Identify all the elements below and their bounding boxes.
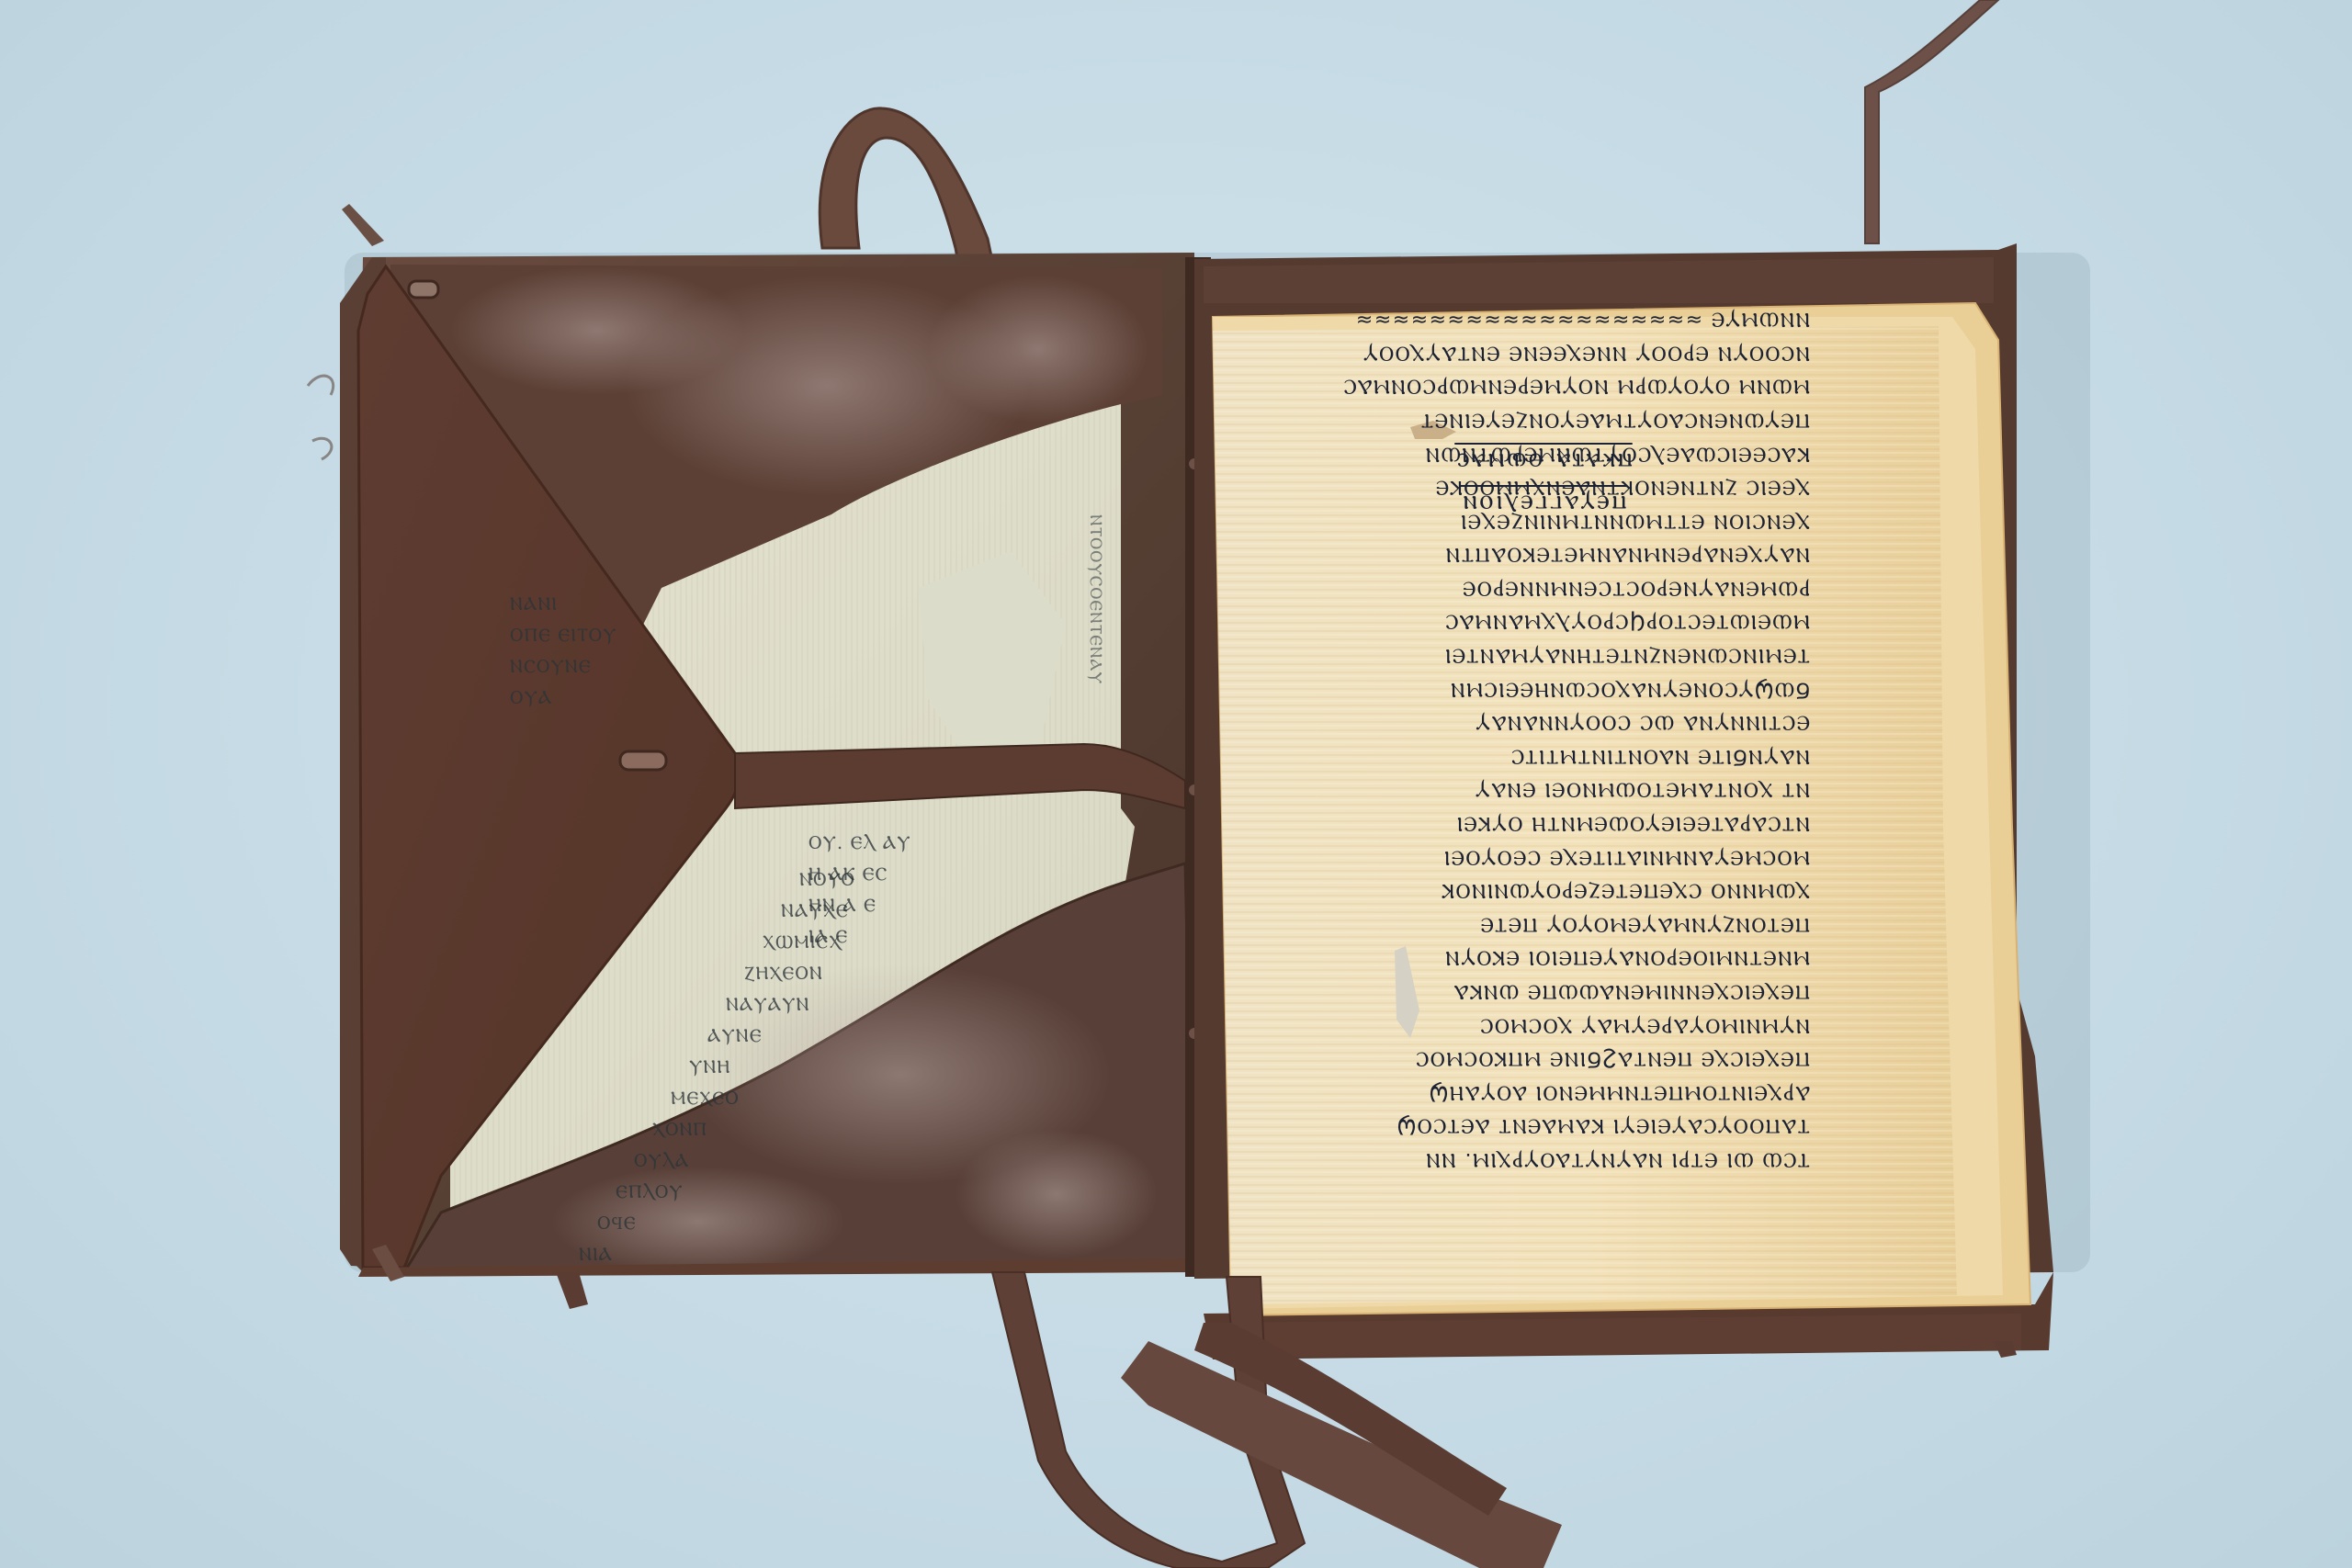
- corner-tie-bottom: [556, 1272, 588, 1309]
- text-line: ⲀⲢⲬⲈⲒⲚⲦⲞⲘⲠⲈⲦⲚⲘⲘⲈⲚⲞⲒ ⲀⲞⲨⲀⲎϢ: [1268, 1075, 1810, 1109]
- fragment-line: ⲈⲠⲖⲞⲨ: [616, 1176, 855, 1207]
- fragment-line: ⲞⲨⲀ: [510, 682, 617, 713]
- text-line: ⲚⲨⲘⲚⲒⲘⲞⲨⲀⲢⲈⲨⲘⲀⲨ ⲬⲞⲤⲘⲞⲤ: [1268, 1008, 1810, 1042]
- text-line: ⲘⲰⲚⲘ ⲞⲨⲞⲨⲰⲢⲘ ⲚⲞⲨⲘⲈⲢⲈⲚⲘⲰⲢⲤⲞⲚⲘⲀⲤ: [1268, 369, 1810, 403]
- text-line: ⲘⲞⲤⲘⲈⲨⲀⲚⲘⲚⲒⲀⲦⲒⲦⲈⲬⲈ ⲤⲈⲞⲨⲞⲈⲒ: [1268, 840, 1810, 874]
- text-line: ⲚⲦⲤⲀⲢⲀⲦⲈⲈⲒⲈⲨⲞⲰⲈⲘⲚⲦⲎ ⲞⲨⲔⲈⲒ: [1268, 806, 1810, 840]
- fragment-line: ⲚⲒⲀ: [579, 1238, 855, 1269]
- codex-illustration: [0, 0, 2352, 1568]
- text-line: ⲬⲰⲘⲚⲚⲞ ⲤⲬⲈⲠⲈⲦⲈⲌⲈⲢⲞⲨⲰⲚⲒⲚⲞⲔ: [1268, 874, 1810, 908]
- fragment-line: ⲚⲞⲨⲞ: [799, 863, 855, 895]
- left-fragment-upper: ⲚⲀⲚⲒ ⲞⲠⲈ ⲈⲒⲦⲞⲨ ⲚⲤⲞⲨⲚⲈ ⲞⲨⲀ: [510, 588, 617, 713]
- left-fragment-margin: ⲚⲦⲞⲞⲨⲤⲞⲈⲚⲦⲈⲚⲀⲨ: [1080, 514, 1111, 684]
- gospel-title: ⲡⲉⲩⲁⲅⲅⲉⲗⲓⲟⲛ: [1268, 483, 1819, 525]
- text-line: ⲦⲈⲘⲒⲚⲤⲰⲚⲈⲚⲌⲚⲦⲈⲦⲎⲚⲀⲨⲘⲀⲚⲦⲈⲒ: [1268, 638, 1810, 672]
- text-line: ⲚⲀⲨⲬⲈⲚⲀⲢⲈⲚⲘⲚⲀⲚⲘⲈⲦⲈⲔⲞⲀⲠⲦⲚ: [1268, 537, 1810, 571]
- right-page-text: ⲦⲤⲰ ⲰⲒ ⲈⲦⲢⲒ ⲚⲀⲨⲚⲨⲦⲀⲞⲨⲢⲬⲒⲘ. ⲚⲚ ⲦⲀⲠⲞⲞⲨⲤⲀⲨⲈ…: [1268, 441, 1819, 1176]
- scuff-mark: [928, 276, 1148, 423]
- fragment-line: ⲬⲞⲚⲠ: [652, 1113, 855, 1145]
- fragment-line: ⲌⲎⲬⲈⲞⲚ: [744, 957, 855, 988]
- text-line: ⲦⲀⲠⲞⲞⲨⲤⲀⲨⲈⲒⲈⲨⲒ ⲔⲀⲘⲀⲈⲚⲦ ⲀⲈⲦⲤⲞϢ: [1268, 1109, 1810, 1143]
- embossed-decoration-icon: [308, 376, 334, 459]
- fragment-line: ⲞϤⲈ: [597, 1207, 855, 1238]
- right-page-body: ⲦⲤⲰ ⲰⲒ ⲈⲦⲢⲒ ⲚⲀⲨⲚⲨⲦⲀⲞⲨⲢⲬⲒⲘ. ⲚⲚ ⲦⲀⲠⲞⲞⲨⲤⲀⲨⲈ…: [1268, 302, 1810, 1176]
- text-line: ⲢⲰⲘⲈⲚⲀⲨⲚⲈⲢⲞⲤⲦⲤⲈⲚⲘⲚⲚⲈⲢⲞⲈ: [1268, 570, 1810, 604]
- text-line: ⲘⲰⲈⲒⲰⲦⲈⲤⲦⲞⲢϤⲤⲢⲞⲨⲖⲬⲘⲀⲚⲘⲀⲤ: [1268, 604, 1810, 638]
- top-right-tie-strap[interactable]: [1865, 0, 1998, 243]
- left-fragment-diagonal: ⲚⲞⲨⲞ ⲚⲀⲨⲬⲈ ⲬⲰⲘⲒⲤⲬ ⲌⲎⲬⲈⲞⲚ ⲚⲀⲨⲀⲨⲚ ⲀⲨⲚⲈ ⲨⲚⲎ…: [588, 863, 855, 1269]
- fragment-line: ⲀⲨⲚⲈ: [707, 1020, 855, 1051]
- scuff-mark: [955, 1130, 1158, 1258]
- fragment-line: ⲚⲤⲞⲨⲚⲈ: [510, 650, 617, 682]
- fragment-line: ⲨⲚⲎ: [689, 1051, 855, 1082]
- text-line: ⲠⲈⲬⲈⲒⲤⲬⲈⲚⲚⲒⲘⲈⲚⲀⲰⲰⲠⲈ ⲰⲚⲔⲀ: [1268, 974, 1810, 1008]
- fragment-line: ⲚⲀⲨⲬⲈ: [781, 895, 855, 926]
- text-line: ⲚⲀⲨⲚϬⲒⲦⲈ ⲚⲀⲞⲚⲦⲒⲚⲦⲘⲦⲒⲦⲤ: [1268, 739, 1810, 773]
- flap-slot: [620, 751, 666, 770]
- text-line: ⲠⲈⲨⲰⲚⲈⲚⲤⲀⲞⲨⲦⲘⲀⲈⲨⲞⲚⲌⲈⲨⲈⲒⲚⲈⲦ: [1268, 402, 1810, 436]
- corner-tab: [342, 204, 384, 246]
- corner-slot: [409, 281, 438, 298]
- text-line: ⲚⲤⲞⲞⲨⲚ ⲈⲢⲞⲞⲨ ⲚⲚⲈⲬⲈⲈⲚⲈ ⲈⲚⲦⲀⲨⲬⲞⲞⲨ: [1268, 335, 1810, 369]
- scuff-mark: [450, 266, 744, 395]
- right-page-titles: ⲡⲉⲩⲁⲅⲅⲉⲗⲓⲟⲛ ⲡⲕⲁⲧⲁ ⲑⲱⲙⲁⲥ: [1268, 441, 1819, 525]
- fragment-line: ⲞⲠⲈ ⲈⲒⲦⲞⲨ: [510, 619, 617, 650]
- text-line: ⲠⲈⲦⲞⲚⲌⲨⲚⲘⲀⲨⲈⲘⲞⲨⲞⲨ ⲠⲈⲦⲈ: [1268, 907, 1810, 941]
- text-line: ⲈⲤⲦⲒⲚⲚⲨⲚⲀ ⲰⲤ ⲤⲞⲞⲨⲚⲚⲀⲚⲀⲨ: [1268, 705, 1810, 739]
- gospel-subtitle: ⲡⲕⲁⲧⲁ ⲑⲱⲙⲁⲥ: [1268, 441, 1819, 483]
- bottom-tie-strap[interactable]: [1121, 1341, 1562, 1568]
- fragment-line: ⲚⲀⲚⲒ: [510, 588, 617, 619]
- fragment-line: ⲞⲨⲖⲀ: [634, 1145, 855, 1176]
- fragment-line: ⲚⲀⲨⲀⲨⲚ: [726, 988, 855, 1020]
- text-line: ⲘⲚⲈⲦⲚⲘⲒⲞⲈⲢⲞⲚⲀⲨⲈⲠⲈⲒⲞⲒ ⲈⲔⲞⲨⲚ: [1268, 941, 1810, 975]
- fragment-line: ⲞⲨ. ⲈⲖ ⲀⲨ: [808, 827, 911, 858]
- fragment-line: ⲘⲈⲬⲈⲞ: [671, 1082, 855, 1113]
- photo-scene: ⲦⲤⲰ ⲰⲒ ⲈⲦⲢⲒ ⲚⲀⲨⲚⲨⲦⲀⲞⲨⲢⲬⲒⲘ. ⲚⲚ ⲦⲀⲠⲞⲞⲨⲤⲀⲨⲈ…: [0, 0, 2352, 1568]
- text-line: ⲦⲤⲰ ⲰⲒ ⲈⲦⲢⲒ ⲚⲀⲨⲚⲨⲦⲀⲞⲨⲢⲬⲒⲘ. ⲚⲚ: [1268, 1142, 1810, 1176]
- text-line: ϬⲰϢⲨⲤⲞⲚⲈⲨⲚⲀⲬⲞⲤⲰⲚⲎⲈⲈⲒⲤⲘⲚ: [1268, 671, 1810, 705]
- text-line: ⲠⲈⲬⲈⲒⲤⲬⲈ ⲠⲈⲚⲦⲀϨϬⲒⲚⲈ ⲘⲠⲔⲞⲤⲘⲞⲤ: [1268, 1042, 1810, 1076]
- fragment-line: ⲬⲰⲘⲒⲤⲬ: [763, 926, 855, 957]
- text-line: ⲚⲦ ⲬⲞⲚⲦⲀⲘⲈⲦⲞⲰⲘⲚⲞⲈⲒ ⲈⲚⲀⲨ: [1268, 773, 1810, 807]
- ornament-line: ⲚⲚⲰⲘⲨⲈ ≈≈≈≈≈≈≈≈≈≈≈≈≈≈≈≈≈≈≈: [1268, 302, 1810, 336]
